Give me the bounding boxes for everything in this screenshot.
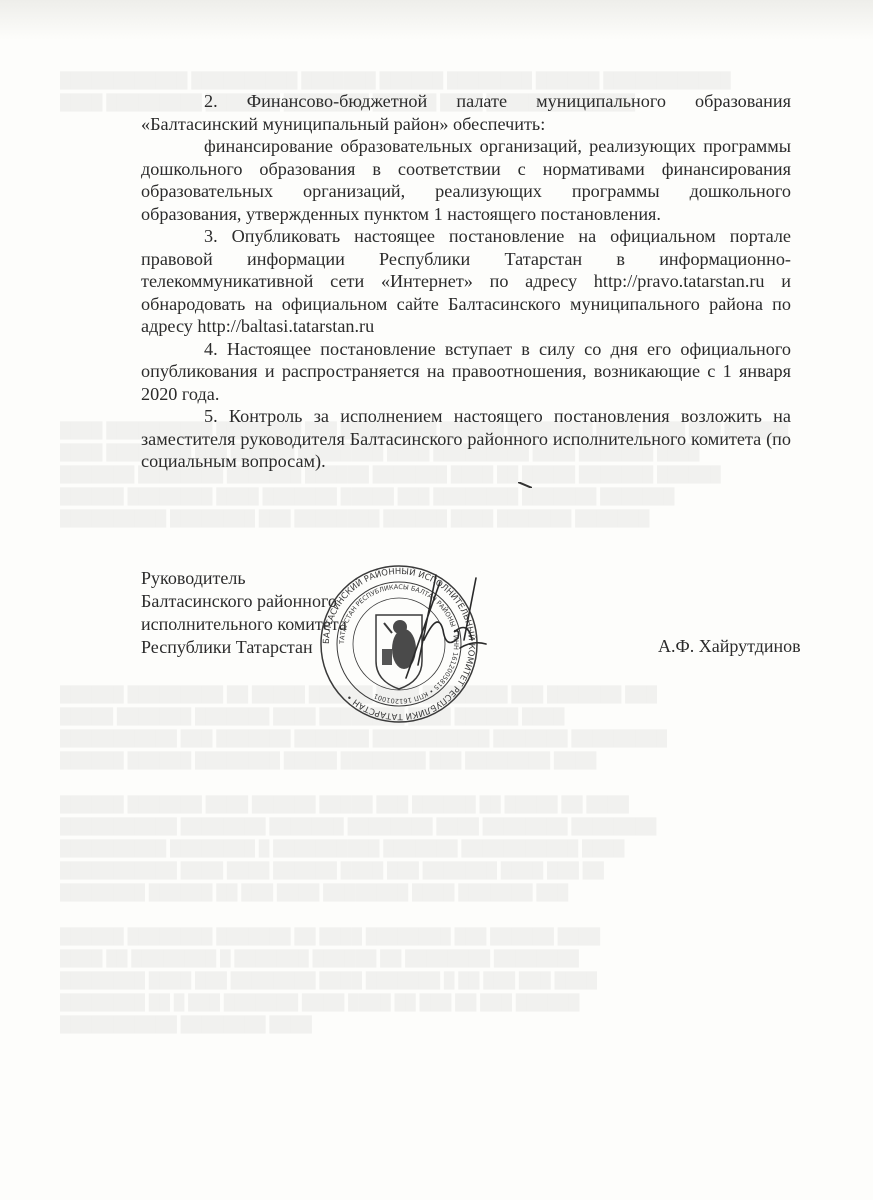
- document-body: 2. Финансово-бюджетной палате муниципаль…: [141, 90, 791, 473]
- ink-mark-icon: [518, 482, 532, 488]
- signatory-title-line: Республики Татарстан: [141, 636, 347, 659]
- paragraph-5: 5. Контроль за исполнением настоящего по…: [141, 405, 791, 473]
- signatory-title: Руководитель Балтасинского районного исп…: [141, 567, 347, 659]
- bleed-through-text-body: ████ ██████████ ████████ ███ █████████ █…: [60, 420, 813, 1100]
- signatory-name: А.Ф. Хайрутдинов: [658, 636, 801, 657]
- signatory-title-line: Балтасинского районного: [141, 590, 347, 613]
- paragraph-2-subitem: финансирование образовательных организац…: [141, 135, 791, 225]
- paragraph-2: 2. Финансово-бюджетной палате муниципаль…: [141, 90, 791, 135]
- paragraph-4: 4. Настоящее постановление вступает в си…: [141, 338, 791, 406]
- handwritten-signature-icon: [398, 570, 488, 680]
- signatory-title-line: Руководитель: [141, 567, 347, 590]
- page-top-edge: [0, 0, 873, 40]
- signatory-title-line: исполнительного комитета: [141, 613, 347, 636]
- paragraph-3: 3. Опубликовать настоящее постановление …: [141, 225, 791, 338]
